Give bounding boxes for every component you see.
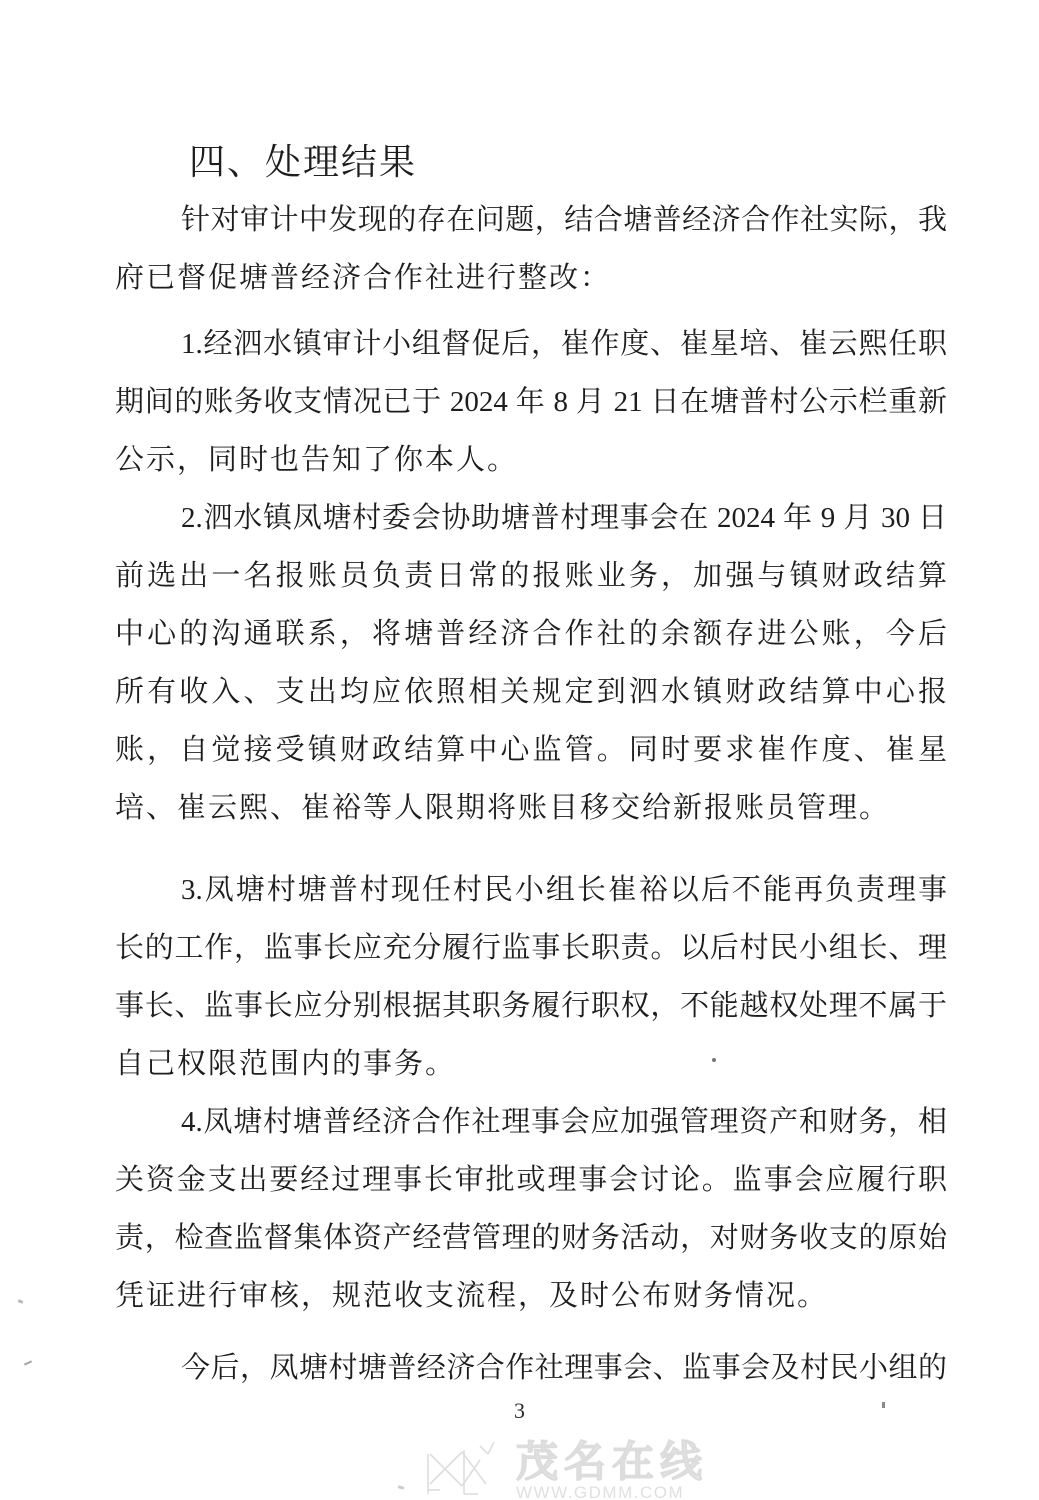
document-page: 四、处理结果 针对审计中发现的存在问题，结合塘普经济合作社实际，我 府已督促塘普…: [0, 0, 1039, 1500]
scan-speck: [24, 1360, 32, 1365]
gdmm-logo-icon: [424, 1440, 504, 1500]
document-line: 针对审计中发现的存在问题，结合塘普经济合作社实际，我: [115, 191, 947, 249]
scan-speck: [398, 1485, 405, 1489]
document-line: 4.凤塘村塘普经济合作社理事会应加强管理资产和财务，相: [115, 1093, 947, 1151]
document-line: 1.经泗水镇审计小组督促后，崔作度、崔星培、崔云熙任职: [115, 315, 947, 373]
document-line: 账，自觉接受镇财政结算中心监管。同时要求崔作度、崔星: [115, 721, 947, 779]
document-line: 自己权限范围内的事务。: [115, 1035, 947, 1093]
document-line: 公示，同时也告知了你本人。: [115, 431, 947, 489]
document-line: 关资金支出要经过理事长审批或理事会讨论。监事会应履行职: [115, 1151, 947, 1209]
scan-speck: [18, 1299, 24, 1304]
scan-speck: [882, 1402, 885, 1408]
document-line: 长的工作，监事长应充分履行监事长职责。以后村民小组长、理: [115, 919, 947, 977]
watermark-text: 茂名在线 WWW.GDMM.COM: [516, 1440, 708, 1500]
document-line: 培、崔云熙、崔裕等人限期将账目移交给新报账员管理。: [115, 779, 947, 837]
document-line: 所有收入、支出均应依照相关规定到泗水镇财政结算中心报: [115, 663, 947, 721]
document-line: 凭证进行审核，规范收支流程，及时公布财务情况。: [115, 1267, 947, 1325]
document-line: 今后，凤塘村塘普经济合作社理事会、监事会及村民小组的: [115, 1339, 947, 1397]
watermark-site-url: WWW.GDMM.COM: [516, 1484, 684, 1500]
document-line: 3.凤塘村塘普村现任村民小组长崔裕以后不能再负责理事: [115, 861, 947, 919]
document-line: 责，检查监督集体资产经营管理的财务活动，对财务收支的原始: [115, 1209, 947, 1267]
document-line: 事长、监事长应分别根据其职务履行职权，不能越权处理不属于: [115, 977, 947, 1035]
document-line: 2.泗水镇凤塘村委会协助塘普村理事会在 2024 年 9 月 30 日: [115, 489, 947, 547]
site-watermark: 茂名在线 WWW.GDMM.COM: [424, 1440, 708, 1500]
document-line: 府已督促塘普经济合作社进行整改：: [115, 249, 947, 307]
document-line: 前选出一名报账员负责日常的报账业务，加强与镇财政结算: [115, 547, 947, 605]
section-heading: 四、处理结果: [115, 133, 947, 191]
scan-speck: [712, 1058, 716, 1062]
document-line: 中心的沟通联系，将塘普经济合作社的余额存进公账，今后: [115, 605, 947, 663]
document-line: 期间的账务收支情况已于 2024 年 8 月 21 日在塘普村公示栏重新: [115, 373, 947, 431]
watermark-site-name: 茂名在线: [516, 1440, 708, 1484]
document-body: 四、处理结果 针对审计中发现的存在问题，结合塘普经济合作社实际，我 府已督促塘普…: [115, 133, 947, 1397]
